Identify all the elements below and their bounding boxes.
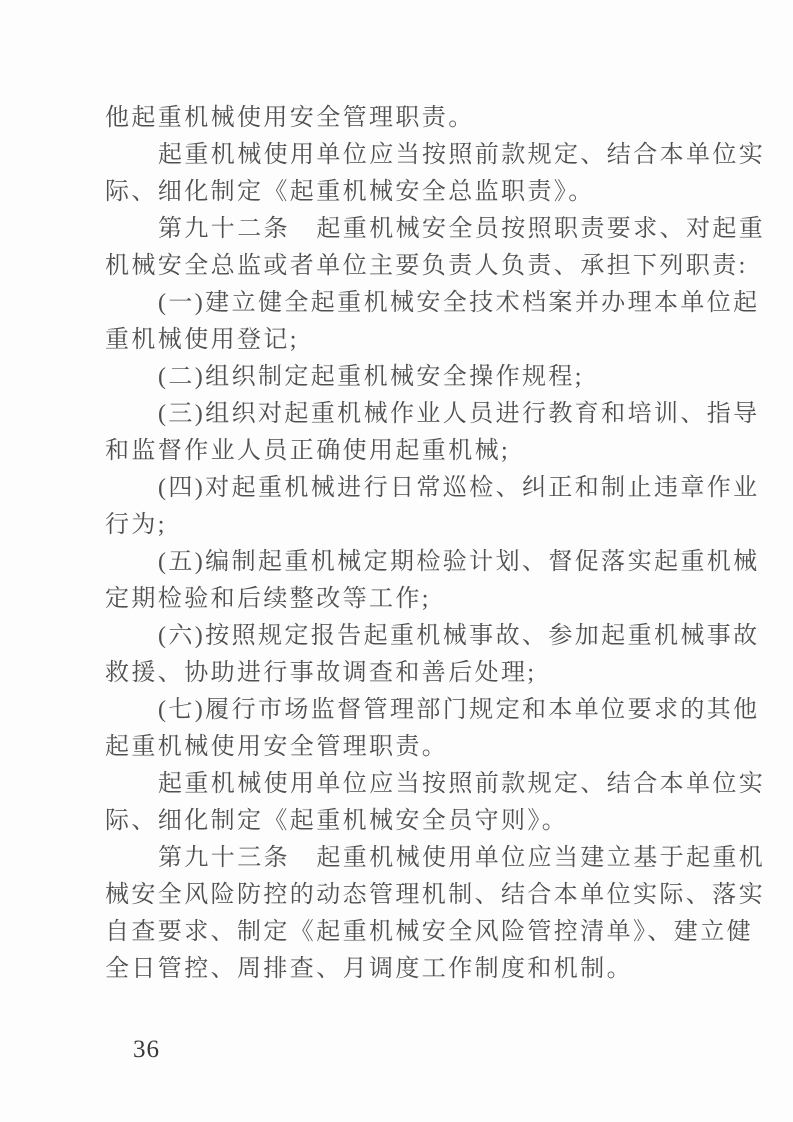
document-body: 他起重机械使用安全管理职责。起重机械使用单位应当按照前款规定、结合本单位实际、细… — [105, 100, 773, 988]
paragraph: (三)组织对起重机械作业人员进行教育和培训、指导和监督作业人员正确使用起重机械; — [105, 396, 773, 470]
paragraph: (四)对起重机械进行日常巡检、纠正和制止违章作业行为; — [105, 470, 773, 544]
paragraph: (五)编制起重机械定期检验计划、督促落实起重机械定期检验和后续整改等工作; — [105, 544, 773, 618]
paragraph: 第九十二条 起重机械安全员按照职责要求、对起重机械安全总监或者单位主要负责人负责… — [105, 211, 773, 285]
paragraph: 起重机械使用单位应当按照前款规定、结合本单位实际、细化制定《起重机械安全员守则》… — [105, 766, 773, 840]
page-number: 36 — [133, 1036, 160, 1064]
paragraph: (二)组织制定起重机械安全操作规程; — [105, 359, 773, 396]
paragraph: (七)履行市场监督管理部门规定和本单位要求的其他起重机械使用安全管理职责。 — [105, 692, 773, 766]
paragraph: 第九十三条 起重机械使用单位应当建立基于起重机械安全风险防控的动态管理机制、结合… — [105, 840, 773, 988]
paragraph: 他起重机械使用安全管理职责。 — [105, 100, 773, 137]
paragraph: (一)建立健全起重机械安全技术档案并办理本单位起重机械使用登记; — [105, 285, 773, 359]
paragraph: 起重机械使用单位应当按照前款规定、结合本单位实际、细化制定《起重机械安全总监职责… — [105, 137, 773, 211]
document-page: 他起重机械使用安全管理职责。起重机械使用单位应当按照前款规定、结合本单位实际、细… — [0, 0, 793, 1122]
paragraph: (六)按照规定报告起重机械事故、参加起重机械事故救援、协助进行事故调查和善后处理… — [105, 618, 773, 692]
